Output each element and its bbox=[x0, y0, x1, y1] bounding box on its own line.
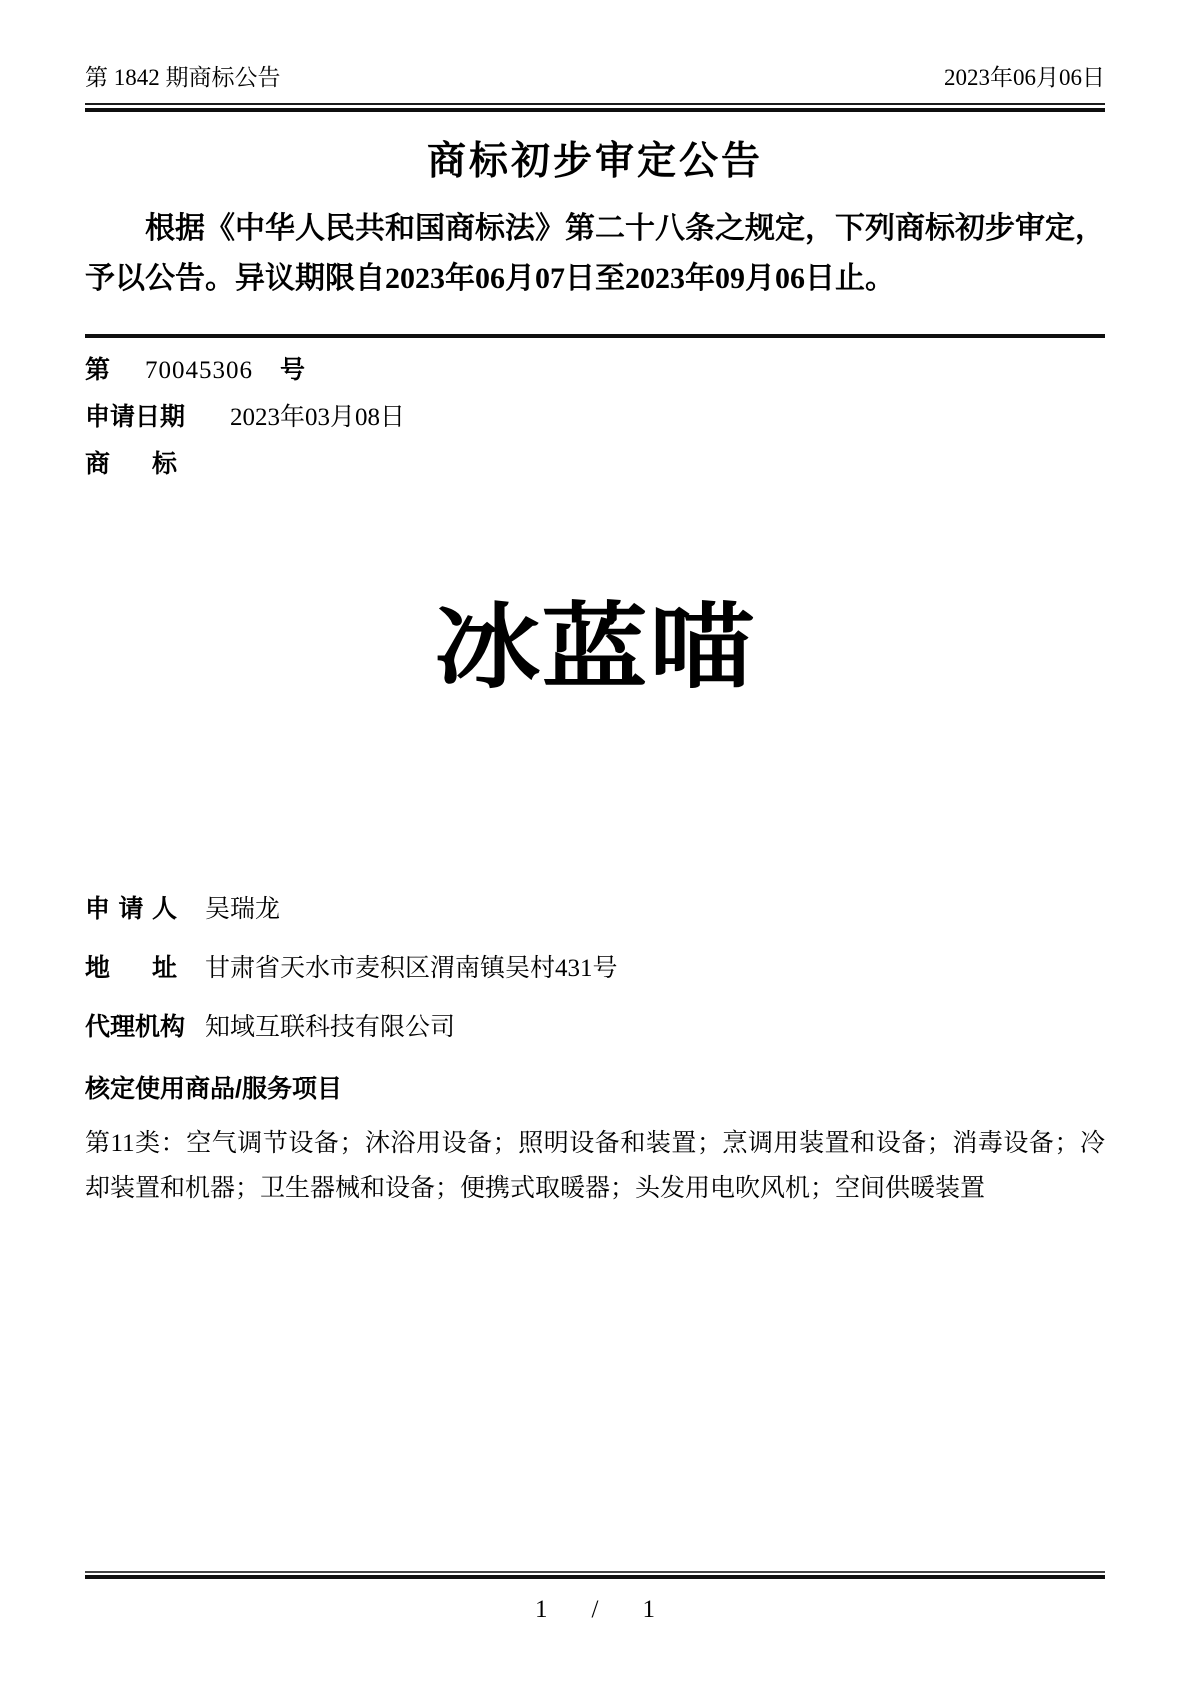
page-footer: 1 / 1 bbox=[85, 1571, 1105, 1624]
applicant-fields: 申请人 吴瑞龙 地址 甘肃省天水市麦积区渭南镇吴村431号 代理机构 知域互联科… bbox=[85, 894, 1105, 1211]
number-suffix-label: 号 bbox=[280, 355, 305, 385]
application-date-label: 申请日期 bbox=[85, 402, 177, 432]
trademark-image-area: 冰蓝喵 bbox=[85, 601, 1105, 776]
page-title: 商标初步审定公告 bbox=[85, 139, 1105, 186]
footer-divider bbox=[85, 1571, 1105, 1579]
page-separator: / bbox=[592, 1596, 599, 1624]
current-page: 1 bbox=[535, 1596, 548, 1624]
intro-paragraph: 根据《中华人民共和国商标法》第二十八条之规定，下列商标初步审定，予以公告。异议期… bbox=[85, 204, 1105, 304]
agent-row: 代理机构 知域互联科技有限公司 bbox=[85, 1012, 1105, 1043]
application-fields: 第 70045306 号 申请日期 2023年03月08日 商标 bbox=[85, 355, 1105, 479]
section-divider bbox=[85, 334, 1105, 338]
goods-services-heading: 核定使用商品/服务项目 bbox=[85, 1074, 1105, 1104]
trademark-logo-text: 冰蓝喵 bbox=[435, 601, 756, 694]
applicant-row: 申请人 吴瑞龙 bbox=[85, 894, 1105, 925]
address-value: 甘肃省天水市麦积区渭南镇吴村431号 bbox=[205, 954, 618, 984]
number-prefix-label: 第 bbox=[85, 355, 110, 385]
applicant-label: 申请人 bbox=[85, 894, 177, 924]
trademark-gazette-page: 第 1842 期商标公告 2023年06月06日 商标初步审定公告 根据《中华人… bbox=[0, 0, 1190, 1684]
gazette-date: 2023年06月06日 bbox=[944, 64, 1105, 92]
address-row: 地址 甘肃省天水市麦积区渭南镇吴村431号 bbox=[85, 953, 1105, 984]
total-pages: 1 bbox=[642, 1596, 655, 1624]
trademark-label-row: 商标 bbox=[85, 449, 1105, 479]
trademark-label: 商标 bbox=[85, 449, 177, 479]
goods-services-list: 第11类：空气调节设备；沐浴用设备；照明设备和装置；烹调用装置和设备；消毒设备；… bbox=[85, 1121, 1105, 1211]
address-label: 地址 bbox=[85, 953, 177, 983]
gazette-issue-number: 第 1842 期商标公告 bbox=[85, 64, 281, 92]
application-date-row: 申请日期 2023年03月08日 bbox=[85, 402, 1105, 433]
agent-name: 知域互联科技有限公司 bbox=[205, 1013, 455, 1043]
application-date-value: 2023年03月08日 bbox=[230, 403, 405, 433]
applicant-name: 吴瑞龙 bbox=[205, 895, 280, 925]
page-header: 第 1842 期商标公告 2023年06月06日 bbox=[85, 64, 1105, 92]
header-divider bbox=[85, 103, 1105, 112]
agent-label: 代理机构 bbox=[85, 1012, 177, 1042]
application-number-row: 第 70045306 号 bbox=[85, 355, 1105, 386]
page-number: 1 / 1 bbox=[85, 1596, 1105, 1624]
application-number: 70045306 bbox=[145, 356, 253, 386]
page-content: 第 1842 期商标公告 2023年06月06日 商标初步审定公告 根据《中华人… bbox=[0, 0, 1190, 1211]
